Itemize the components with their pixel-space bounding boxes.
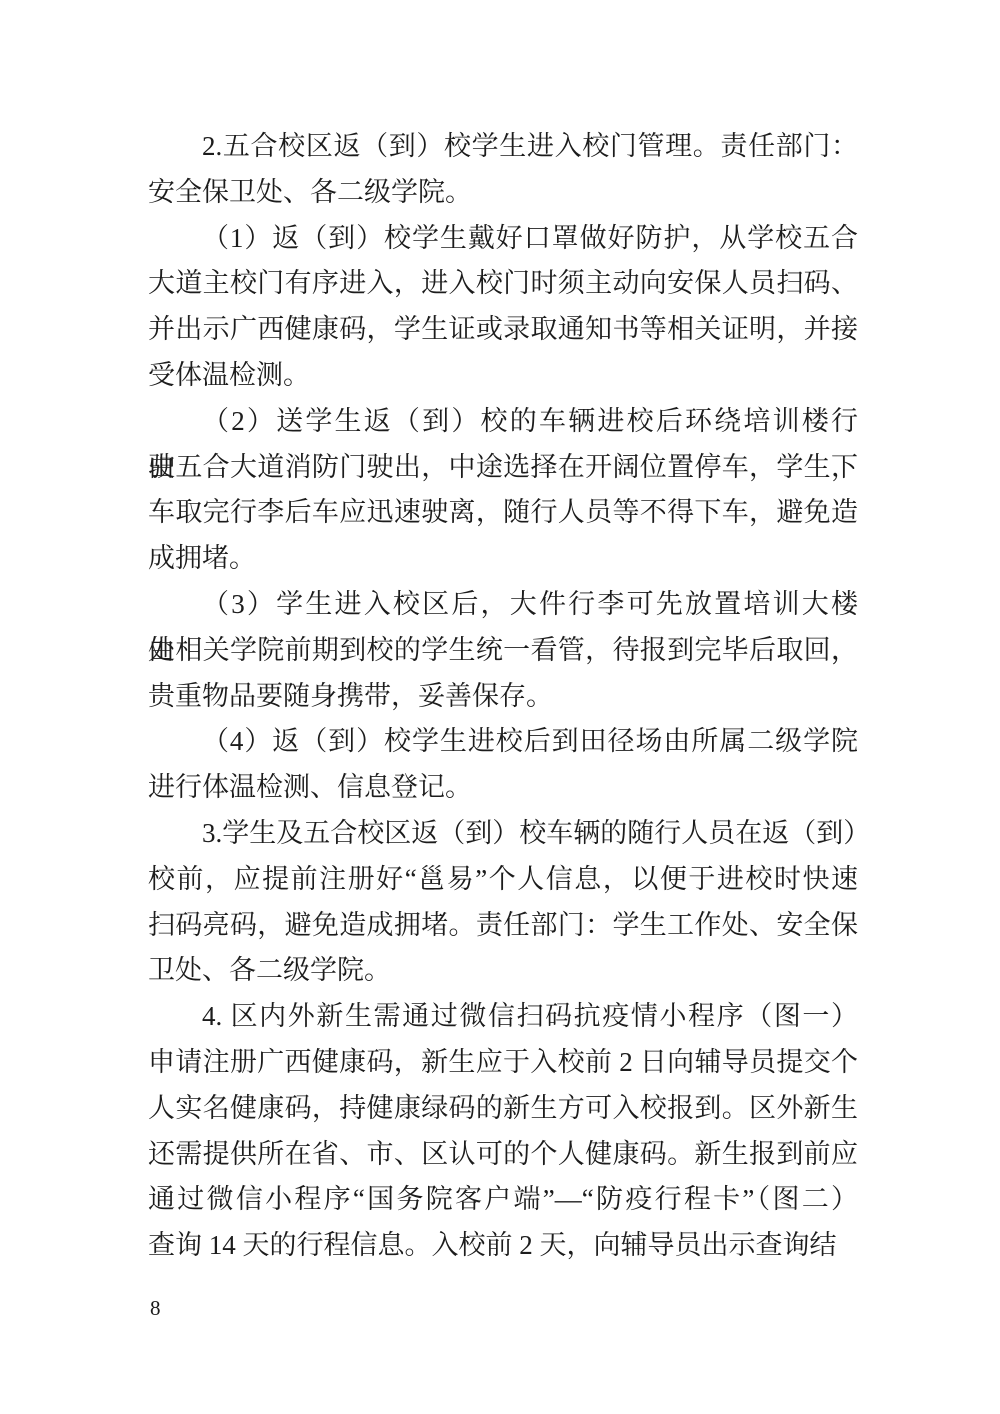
text-line: 进行体温检测、信息登记。 <box>148 765 858 811</box>
paragraph: 2.五合校区返（到）校学生进入校门管理。责任部门：安全保卫处、各二级学院。 <box>148 124 858 216</box>
text-line: 通过微信小程序“国务院客户端”—“防疫行程卡”（图二） <box>148 1177 858 1223</box>
paragraph: 4. 区内外新生需通过微信扫码抗疫情小程序（图一）申请注册广西健康码，新生应于入… <box>148 994 858 1269</box>
paragraph: 3.学生及五合校区返（到）校车辆的随行人员在返（到）校前，应提前注册好“邕易”个… <box>148 811 858 994</box>
text-line: 贵重物品要随身携带，妥善保存。 <box>148 674 858 720</box>
text-line: 安全保卫处、各二级学院。 <box>148 170 858 216</box>
text-line: 由五合大道消防门驶出，中途选择在开阔位置停车，学生下 <box>148 445 858 491</box>
text-line: （4）返（到）校学生进校后到田径场由所属二级学院 <box>148 719 858 765</box>
text-line: （2）送学生返（到）校的车辆进校后环绕培训楼行驶， <box>148 399 858 445</box>
paragraph: （2）送学生返（到）校的车辆进校后环绕培训楼行驶，由五合大道消防门驶出，中途选择… <box>148 399 858 582</box>
text-line: 大道主校门有序进入，进入校门时须主动向安保人员扫码、 <box>148 261 858 307</box>
text-line: 查询 14 天的行程信息。入校前 2 天，向辅导员出示查询结 <box>148 1223 858 1269</box>
text-line: 由相关学院前期到校的学生统一看管，待报到完毕后取回， <box>148 628 858 674</box>
text-line: 校前，应提前注册好“邕易”个人信息，以便于进校时快速 <box>148 857 858 903</box>
text-line: 人实名健康码，持健康绿码的新生方可入校报到。区外新生 <box>148 1086 858 1132</box>
text-line: 车取完行李后车应迅速驶离，随行人员等不得下车，避免造 <box>148 490 858 536</box>
text-line: 3.学生及五合校区返（到）校车辆的随行人员在返（到） <box>148 811 858 857</box>
text-line: 成拥堵。 <box>148 536 858 582</box>
text-line: 并出示广西健康码，学生证或录取通知书等相关证明，并接 <box>148 307 858 353</box>
text-line: 还需提供所在省、市、区认可的个人健康码。新生报到前应 <box>148 1132 858 1178</box>
text-line: 受体温检测。 <box>148 353 858 399</box>
body-text: 2.五合校区返（到）校学生进入校门管理。责任部门：安全保卫处、各二级学院。（1）… <box>148 124 858 1269</box>
text-line: 扫码亮码，避免造成拥堵。责任部门：学生工作处、安全保 <box>148 903 858 949</box>
document-page: 2.五合校区返（到）校学生进入校门管理。责任部门：安全保卫处、各二级学院。（1）… <box>0 0 1000 1414</box>
text-line: 卫处、各二级学院。 <box>148 948 858 994</box>
paragraph: （4）返（到）校学生进校后到田径场由所属二级学院进行体温检测、信息登记。 <box>148 719 858 811</box>
text-line: （1）返（到）校学生戴好口罩做好防护，从学校五合 <box>148 216 858 262</box>
paragraph: （3）学生进入校区后，大件行李可先放置培训大楼处，由相关学院前期到校的学生统一看… <box>148 582 858 719</box>
text-line: 4. 区内外新生需通过微信扫码抗疫情小程序（图一） <box>148 994 858 1040</box>
paragraph: （1）返（到）校学生戴好口罩做好防护，从学校五合大道主校门有序进入，进入校门时须… <box>148 216 858 399</box>
page-number: 8 <box>150 1296 161 1320</box>
text-line: 申请注册广西健康码，新生应于入校前 2 日向辅导员提交个 <box>148 1040 858 1086</box>
text-line: （3）学生进入校区后，大件行李可先放置培训大楼处， <box>148 582 858 628</box>
text-line: 2.五合校区返（到）校学生进入校门管理。责任部门： <box>148 124 858 170</box>
